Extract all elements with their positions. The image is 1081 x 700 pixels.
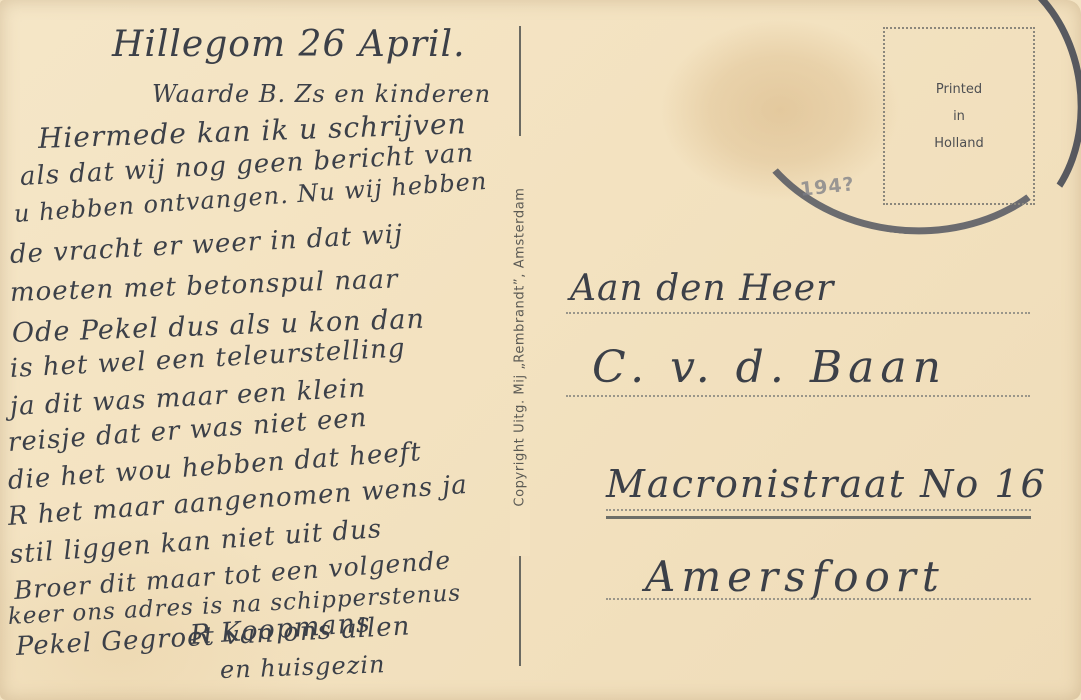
address-rule — [566, 312, 1030, 314]
address-rule — [606, 598, 1031, 600]
message-line: de vracht er weer in dat wij — [9, 219, 404, 270]
stamp-box-text: Printed — [936, 76, 982, 103]
address-rule — [566, 395, 1030, 397]
address-rule — [606, 509, 1031, 511]
address-line-3: Macronistraat No 16 — [606, 462, 1047, 506]
address-line-1: Aan den Heer — [570, 268, 834, 309]
stamp-box-text: Holland — [934, 130, 983, 157]
address-line-2: C. v. d. Baan — [592, 342, 947, 393]
address-underline — [606, 516, 1031, 519]
copyright-text: Copyright Uitg. Mij „Rembrandt”, Amsterd… — [513, 187, 528, 506]
place-date: Hillegom 26 April. — [112, 24, 466, 65]
message-line: moeten met betonspul naar — [9, 264, 398, 308]
stamp-box-text: in — [953, 103, 965, 130]
postcard-back: Hillegom 26 April. Waarde B. Zs en kinde… — [0, 0, 1081, 700]
salutation: Waarde B. Zs en kinderen — [152, 80, 491, 108]
address-line-4: Amersfoort — [645, 552, 945, 601]
stamp-box: Printed in Holland — [883, 27, 1035, 205]
signature-family: en huisgezin — [220, 650, 386, 684]
